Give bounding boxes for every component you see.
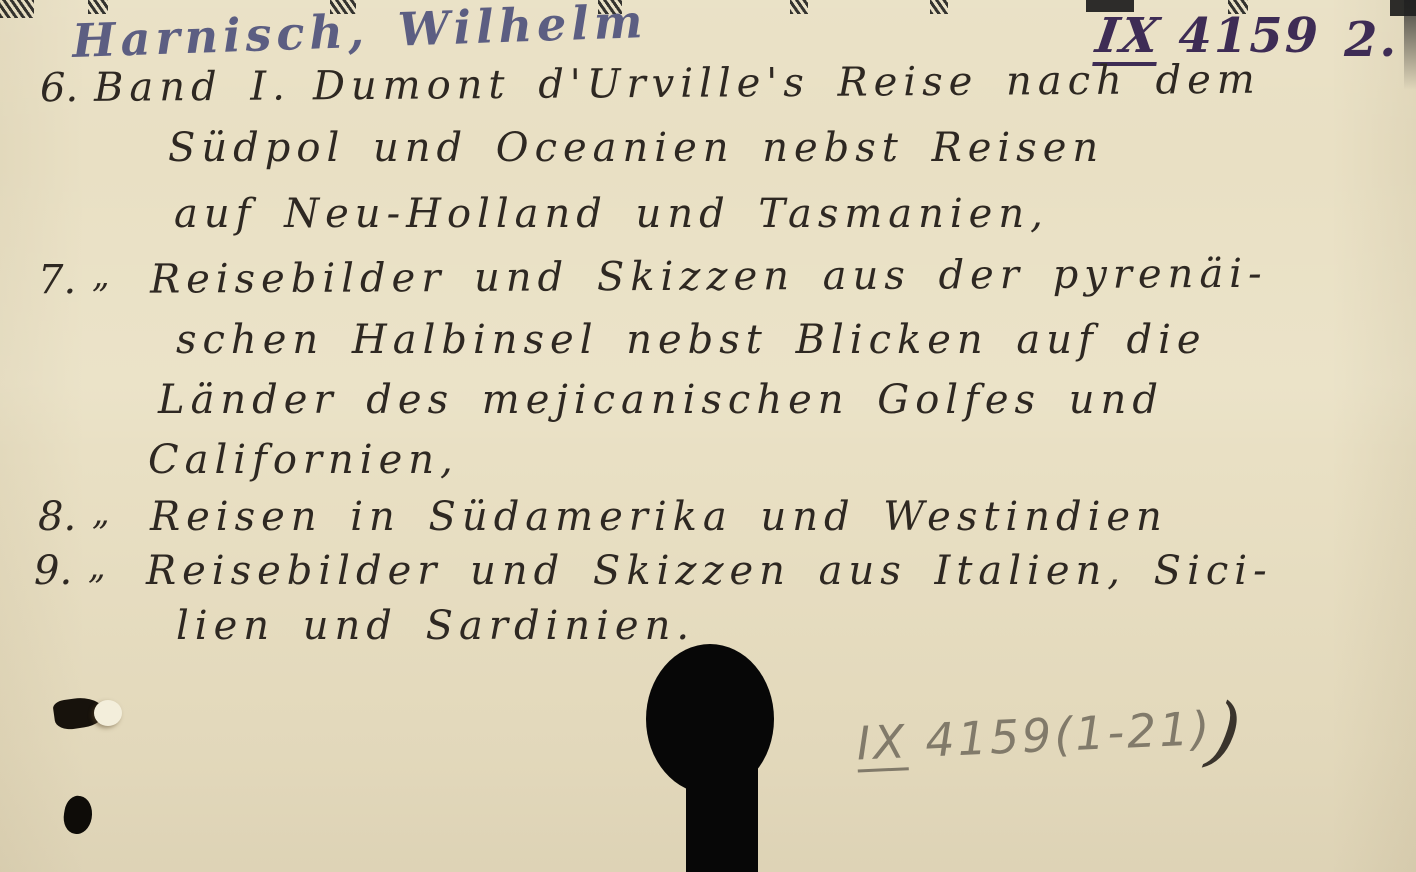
entry-line: schen Halbinsel nebst Blicken auf die xyxy=(176,320,1207,360)
entry-text: schen Halbinsel nebst Blicken auf die xyxy=(176,317,1207,363)
entry-text: auf Neu-Holland und Tasmanien, xyxy=(174,191,1049,237)
ditto-mark: „ xyxy=(88,550,146,584)
entry-line: Californien, xyxy=(148,440,459,480)
paper-damage xyxy=(61,794,95,836)
entry-line: lien und Sardinien. xyxy=(176,606,695,646)
entry-number: 6. xyxy=(40,68,94,108)
entry-line: 6.Band I.Dumont d'Urville's Reise nach d… xyxy=(40,60,1261,109)
entry-text: Reisen in Südamerika und Westindien xyxy=(150,494,1168,540)
entry-number: 9. xyxy=(34,551,88,591)
author-heading: Harnisch, Wilhelm xyxy=(71,0,648,64)
entry-text: lien und Sardinien. xyxy=(176,603,695,649)
entry-text: Dumont d'Urville's Reise nach dem xyxy=(313,57,1261,110)
scan-artifact xyxy=(930,0,948,14)
entry-volume: Band I. xyxy=(94,67,291,108)
entry-line: 7.„Reisebilder und Skizzen aus der pyren… xyxy=(38,253,1268,300)
entry-text: Californien, xyxy=(148,437,459,483)
entry-line: 9.„Reisebilder und Skizzen aus Italien, … xyxy=(34,550,1273,591)
scan-artifact xyxy=(0,0,34,18)
entry-line: Länder des mejicanischen Golfes und xyxy=(158,380,1164,420)
entry-text: Reisebilder und Skizzen aus der pyrenäi- xyxy=(150,251,1268,303)
pencil-shelfmark: IX 4159(1-21)) xyxy=(854,678,1247,773)
entry-text: Reisebilder und Skizzen aus Italien, Sic… xyxy=(146,548,1273,594)
ditto-mark: „ xyxy=(92,259,150,293)
pencil-number: 4159(1-21) xyxy=(924,701,1213,767)
entry-text: Länder des mejicanischen Golfes und xyxy=(158,377,1164,423)
hole-punch-stem xyxy=(686,768,758,872)
entry-number: 8. xyxy=(38,497,92,537)
shelfmark-number: 4159 xyxy=(1178,8,1320,64)
entry-line: Südpol und Oceanien nebst Reisen xyxy=(168,128,1104,168)
scan-edge-shadow xyxy=(1404,0,1416,90)
catalog-card: Harnisch, Wilhelm IX 4159 2. 6.Band I.Du… xyxy=(0,0,1416,872)
scan-artifact xyxy=(790,0,808,14)
paper-damage-hole xyxy=(94,700,122,726)
ditto-mark: „ xyxy=(92,496,150,530)
pencil-roman: IX xyxy=(856,718,909,772)
copy-number: 2. xyxy=(1344,16,1398,64)
entry-line: 8.„Reisen in Südamerika und Westindien xyxy=(38,496,1168,537)
entry-text: Südpol und Oceanien nebst Reisen xyxy=(168,125,1104,171)
entry-line: auf Neu-Holland und Tasmanien, xyxy=(174,194,1049,234)
entry-number: 7. xyxy=(38,260,92,300)
